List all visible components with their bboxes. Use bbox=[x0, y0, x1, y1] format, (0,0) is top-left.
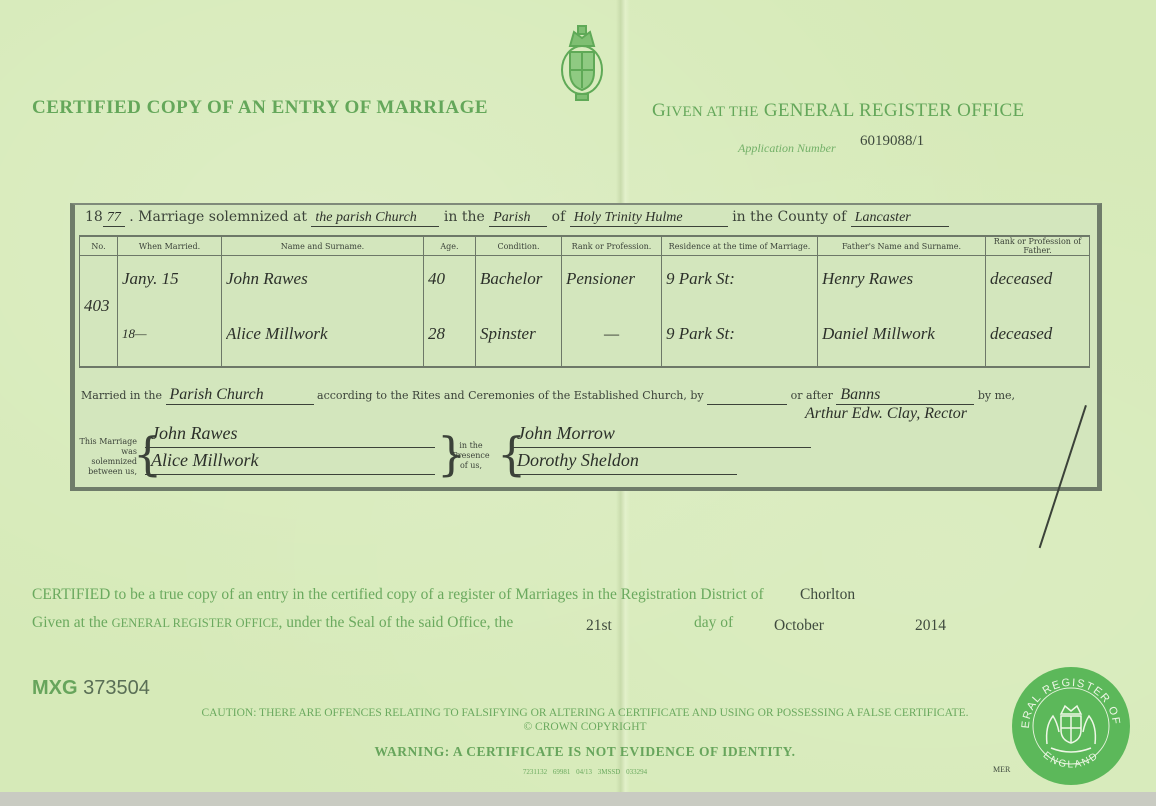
certificate-title: CERTIFIED COPY OF AN ENTRY OF MARRIAGE bbox=[32, 97, 488, 119]
bride-rank: — bbox=[566, 311, 657, 366]
registration-district: Chorlton bbox=[800, 586, 855, 604]
register-header-row: No. When Married. Name and Surname. Age.… bbox=[80, 236, 1090, 256]
marriage-date: Jany. 15 bbox=[122, 256, 217, 311]
marriage-year: 18— bbox=[122, 311, 217, 366]
identity-warning: WARNING: A CERTIFICATE IS NOT EVIDENCE O… bbox=[200, 744, 970, 760]
issue-year: 2014 bbox=[915, 617, 946, 635]
officiant-signature: Arthur Edw. Clay, Rector bbox=[805, 405, 967, 423]
given-at-suffix: , under the Seal of the said Office, the bbox=[279, 614, 514, 631]
register-entry: 1877 . Marriage solemnized at the parish… bbox=[70, 203, 1102, 491]
given-at-prefix: Given at the bbox=[32, 614, 108, 631]
entry-number: 403 bbox=[84, 256, 113, 366]
rites-text: according to the Rites and Ceremonies of… bbox=[317, 389, 704, 402]
condition-cell: Bachelor Spinster bbox=[476, 256, 562, 368]
groom-father: Henry Rawes bbox=[822, 256, 981, 311]
issue-month: October bbox=[774, 617, 824, 635]
solemnized-at: the parish Church bbox=[311, 210, 439, 227]
general-register-office-seal-icon: GENERAL REGISTER OFFICE ENGLAND bbox=[1011, 666, 1131, 786]
married-in-line: Married in the Parish Church according t… bbox=[81, 386, 1015, 405]
issuer-initials: MER bbox=[993, 765, 1010, 774]
heading-office-name: GENERAL REGISTER OFFICE bbox=[764, 100, 1025, 121]
rank-cell: Pensioner — bbox=[562, 256, 662, 368]
by-blank bbox=[707, 404, 787, 405]
serial-number: 373504 bbox=[83, 677, 150, 699]
or-after-label: or after bbox=[791, 389, 833, 402]
application-number-label: Application Number bbox=[738, 141, 836, 156]
groom-age: 40 bbox=[428, 256, 471, 311]
col-no: No. bbox=[80, 236, 118, 256]
groom-condition: Bachelor bbox=[480, 256, 557, 311]
bride-father-rank: deceased bbox=[990, 311, 1085, 366]
solemnized-between-label: This Marriage was solemnized between us, bbox=[75, 437, 137, 477]
by-me-label: by me, bbox=[978, 389, 1015, 402]
print-codes: 7231132 69981 04/13 3MSSD 033294 bbox=[200, 768, 970, 776]
groom-name: John Rawes bbox=[226, 256, 419, 311]
or-after-value: Banns bbox=[836, 386, 974, 405]
groom-rank: Pensioner bbox=[566, 256, 657, 311]
col-father-rank: Rank or Profession of Father. bbox=[986, 236, 1090, 256]
table-row: 403 Jany. 15 18— John Rawes Alice Millwo… bbox=[80, 256, 1090, 368]
couple-signatures: John Rawes Alice Millwork bbox=[145, 423, 435, 477]
groom-father-rank: deceased bbox=[990, 256, 1085, 311]
application-number: 6019088/1 bbox=[860, 133, 924, 150]
day-of-label: day of bbox=[694, 614, 733, 632]
solemnized-label: . Marriage solemnized at bbox=[129, 209, 307, 225]
parish-name: Holy Trinity Hulme bbox=[570, 210, 728, 227]
certificate-serial: MXG 373504 bbox=[32, 677, 150, 700]
father-rank-cell: deceased deceased bbox=[986, 256, 1090, 368]
married-in-label: Married in the bbox=[81, 389, 162, 402]
col-father: Father's Name and Surname. bbox=[818, 236, 986, 256]
witness-1-signature: John Morrow bbox=[511, 423, 811, 448]
names-cell: John Rawes Alice Millwork bbox=[222, 256, 424, 368]
when-married-cell: Jany. 15 18— bbox=[118, 256, 222, 368]
year-written: 77 bbox=[103, 210, 125, 227]
bride-residence: 9 Park St: bbox=[666, 311, 813, 366]
heading-smallcaps: IVEN AT THE bbox=[666, 104, 759, 120]
groom-signature: John Rawes bbox=[145, 423, 435, 448]
col-rank: Rank or Profession. bbox=[562, 236, 662, 256]
given-at-office: General Register Office bbox=[112, 616, 279, 630]
age-cell: 40 28 bbox=[424, 256, 476, 368]
col-residence: Residence at the time of Marriage. bbox=[662, 236, 818, 256]
of-label: of bbox=[552, 209, 566, 225]
witness-signatures: John Morrow Dorothy Sheldon bbox=[511, 423, 811, 477]
col-when-married: When Married. bbox=[118, 236, 222, 256]
groom-residence: 9 Park St: bbox=[666, 256, 813, 311]
bride-condition: Spinster bbox=[480, 311, 557, 366]
col-age: Age. bbox=[424, 236, 476, 256]
col-condition: Condition. bbox=[476, 236, 562, 256]
col-name: Name and Surname. bbox=[222, 236, 424, 256]
married-in-value: Parish Church bbox=[166, 386, 314, 405]
certification-statement: CERTIFIED to be a true copy of an entry … bbox=[32, 586, 764, 604]
royal-coat-of-arms-icon bbox=[556, 24, 608, 104]
county-label: in the County of bbox=[732, 209, 846, 225]
scan-edge bbox=[0, 792, 1156, 806]
parish-label-value: Parish bbox=[489, 210, 547, 227]
heading-initial: G bbox=[652, 100, 666, 121]
register-heading: 1877 . Marriage solemnized at the parish… bbox=[85, 209, 949, 227]
given-at-statement: Given at the General Register Office, un… bbox=[32, 614, 513, 632]
father-cell: Henry Rawes Daniel Millwork bbox=[818, 256, 986, 368]
issuing-office-heading: GIVEN AT THE GENERAL REGISTER OFFICE bbox=[652, 100, 1024, 122]
register-table: No. When Married. Name and Surname. Age.… bbox=[79, 235, 1090, 368]
in-the-label: in the bbox=[444, 209, 485, 225]
residence-cell: 9 Park St: 9 Park St: bbox=[662, 256, 818, 368]
serial-prefix: MXG bbox=[32, 677, 78, 699]
bride-name: Alice Millwork bbox=[226, 311, 419, 366]
bride-father: Daniel Millwork bbox=[822, 311, 981, 366]
presence-label: in the Presence of us, bbox=[451, 441, 491, 471]
bride-signature: Alice Millwork bbox=[145, 450, 435, 475]
witness-2-signature: Dorothy Sheldon bbox=[511, 450, 737, 475]
county-name: Lancaster bbox=[851, 210, 949, 227]
caution-notice: CAUTION: THERE ARE OFFENCES RELATING TO … bbox=[200, 706, 970, 734]
issue-day: 21st bbox=[586, 617, 612, 635]
bride-age: 28 bbox=[428, 311, 471, 366]
year-printed: 18 bbox=[85, 209, 103, 225]
entry-number-cell: 403 bbox=[80, 256, 118, 368]
